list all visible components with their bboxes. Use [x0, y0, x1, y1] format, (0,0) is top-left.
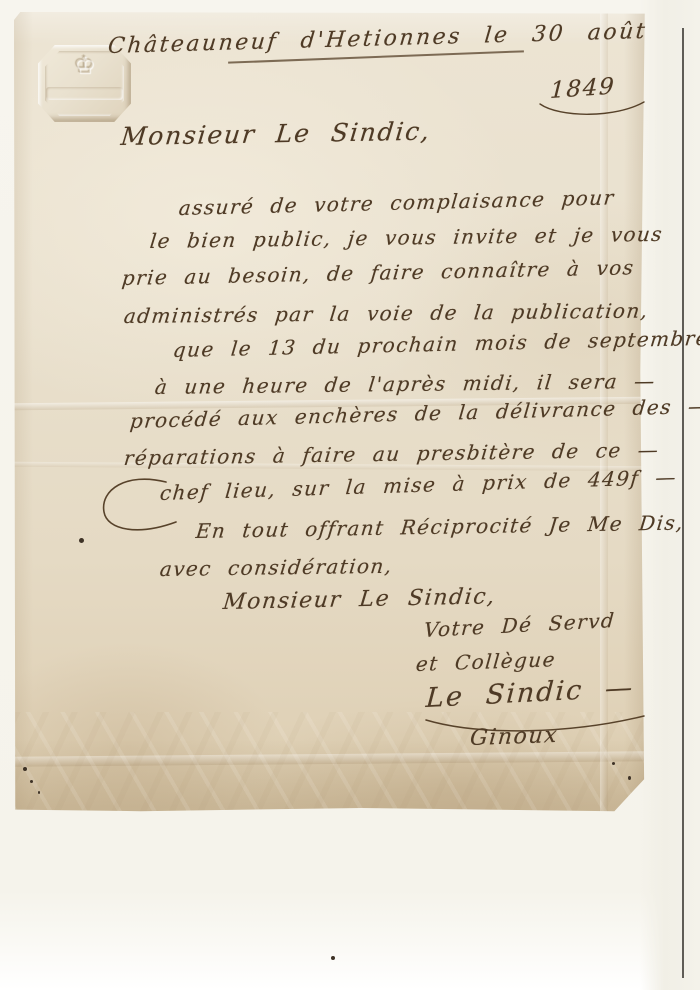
body-line: avec considération,	[159, 556, 394, 579]
signature-name: Ginoux	[469, 725, 559, 750]
ink-speck	[30, 780, 33, 783]
ink-speck	[79, 538, 84, 543]
scan-edge-shading	[640, 0, 700, 990]
body-line: Monsieur Le Sindic,	[222, 586, 497, 614]
scanner-artifact-line	[682, 28, 684, 978]
body-line: à une heure de l'après midi, il sera —	[154, 371, 657, 397]
signature-line: et Collègue	[415, 649, 557, 674]
seal-text-band	[46, 87, 123, 100]
salutation: Monsieur Le Sindic,	[120, 119, 432, 149]
fold-crease	[14, 751, 646, 767]
scanned-letter-page: ♔ Châteauneuf d'Hetionnes le 30 août 184…	[0, 0, 700, 990]
ink-speck	[628, 776, 631, 780]
ink-speck	[38, 791, 40, 794]
ink-speck	[612, 762, 615, 765]
dust-speck	[331, 956, 335, 960]
ink-speck	[23, 767, 27, 771]
dateline-year: 1849	[549, 75, 616, 102]
body-line: administrés par la voie de la publicatio…	[123, 301, 650, 326]
